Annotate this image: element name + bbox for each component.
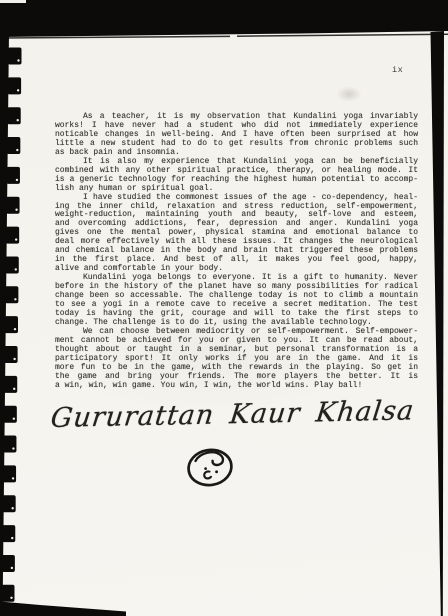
bottom-scan-edge bbox=[0, 602, 126, 616]
text-line: a win, win, win game. You win, I win, th… bbox=[55, 382, 418, 391]
top-scan-band bbox=[0, 0, 448, 37]
paper-smudge bbox=[336, 86, 362, 102]
top-left-paper-sliver bbox=[0, 0, 26, 3]
preface-text: As a teacher, it is my observation that … bbox=[55, 113, 418, 391]
paragraph: Kundalini yoga belongs to everyone. It i… bbox=[55, 274, 418, 328]
paragraph: As a teacher, it is my observation that … bbox=[55, 113, 418, 158]
left-binding-edge bbox=[0, 32, 9, 616]
page-top-edge-line bbox=[0, 36, 230, 38]
paragraph: It is also my experience that Kundalini … bbox=[55, 158, 418, 194]
paragraph: We can choose between mediocrity or self… bbox=[55, 328, 418, 391]
paragraph: I have studied the commonest issues of t… bbox=[55, 194, 418, 275]
page-number: ix bbox=[392, 65, 403, 75]
signature: Gururattan Kaur Khalsa bbox=[47, 396, 397, 449]
page-top-edge-line bbox=[237, 34, 448, 36]
smiley-circle-stamp-icon bbox=[185, 447, 237, 493]
binding-teeth-icon bbox=[1, 48, 22, 602]
right-page-edge bbox=[431, 31, 445, 616]
scanned-page: ix As a teacher, it is my observation th… bbox=[0, 0, 448, 616]
